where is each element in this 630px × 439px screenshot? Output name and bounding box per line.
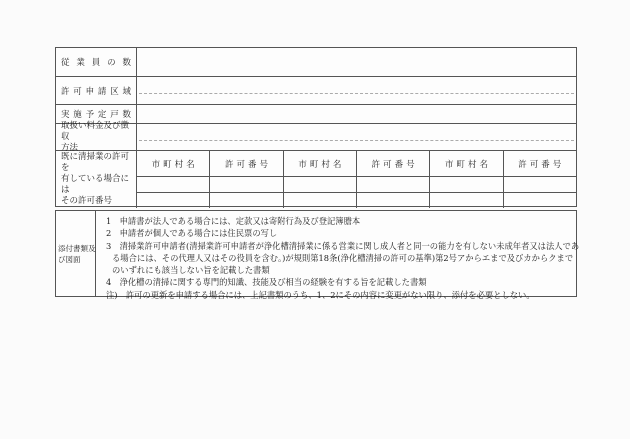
column-header-permit-number: 許可番号	[504, 151, 576, 176]
row-planned-households: 実施予定戸数	[56, 105, 576, 124]
row-fees-collection: 取扱い料金及び徴収 方法	[56, 124, 576, 151]
attachments-table: 添付書類及 び図面 1 申請書が法人である場合には、定款又は寄附行為及び登記簿謄…	[55, 210, 577, 297]
permit-entry-cell	[430, 177, 503, 192]
label-employee-count-text: 従業員の数	[61, 56, 131, 68]
column-header-permit-number: 許可番号	[210, 151, 283, 176]
fill-in-line	[139, 140, 574, 141]
permit-subtable: 市町村名 許可番号 市町村名 許可番号 市町村名 許可番号	[137, 151, 576, 208]
permit-entry-cell	[357, 177, 430, 192]
label-existing-permits: 既に清掃業の許可を 有している場合には その許可番号	[56, 151, 137, 208]
permit-entry-row	[137, 177, 576, 193]
fill-in-line	[139, 93, 574, 94]
attachment-item-2: 2 申請者が個人である場合には住民票の写し	[106, 227, 579, 239]
label-attachments-line2: び図面	[58, 254, 93, 265]
row-application-area: 許可申請区域	[56, 77, 576, 105]
label-planned-households-text: 実施予定戸数	[61, 108, 131, 120]
label-existing-permits-line1: 既に清掃業の許可を	[61, 152, 131, 174]
attachment-item-1: 1 申請書が法人である場合には、定款又は寄附行為及び登記簿謄本	[106, 215, 579, 227]
permit-entry-cell	[284, 177, 357, 192]
permit-entry-cell	[284, 193, 357, 208]
attachment-item-3-continued: のいずれにも該当しない旨を記載した書類	[106, 264, 579, 276]
permit-entry-cell	[504, 193, 576, 208]
column-header-permit-number: 許可番号	[357, 151, 430, 176]
permit-entry-cell	[210, 177, 283, 192]
attachments-text: 1 申請書が法人である場合には、定款又は寄附行為及び登記簿謄本 2 申請者が個人…	[96, 211, 583, 296]
attachment-item-3: 3 清掃業許可申請者(清掃業許可申請者が浄化槽清掃業に係る営業に関し成人者と同一…	[106, 240, 579, 252]
main-form-table: 従業員の数 許可申請区域 実施予定戸数 取扱い料金及び徴収 方法	[55, 47, 577, 207]
permit-header-row: 市町村名 許可番号 市町村名 許可番号 市町村名 許可番号	[137, 151, 576, 177]
permit-entry-cell	[357, 193, 430, 208]
column-header-municipality: 市町村名	[137, 151, 210, 176]
label-employee-count: 従業員の数	[56, 48, 137, 76]
attachment-item-4: 4 浄化槽の清掃に関する専門的知識、技能及び相当の経験を有する旨を記載した書類	[106, 276, 579, 288]
label-application-area-text: 許可申請区域	[61, 85, 131, 97]
permit-entry-cell	[430, 193, 503, 208]
label-attachments: 添付書類及 び図面	[56, 211, 96, 296]
permit-entry-cell	[504, 177, 576, 192]
label-fees-collection-line1: 取扱い料金及び徴収	[61, 121, 131, 143]
label-attachments-line1: 添付書類及	[58, 243, 93, 254]
row-attachments: 添付書類及 び図面 1 申請書が法人である場合には、定款又は寄附行為及び登記簿謄…	[56, 211, 576, 296]
column-header-municipality: 市町村名	[284, 151, 357, 176]
permit-entry-row	[137, 193, 576, 208]
column-header-municipality: 市町村名	[430, 151, 503, 176]
row-existing-permits: 既に清掃業の許可を 有している場合には その許可番号 市町村名 許可番号 市町村…	[56, 151, 576, 208]
attachment-item-3-continued: る場合には、その代理人又はその役員を含む。)が規則第18条(浄化槽清掃の許可の基…	[106, 252, 579, 264]
permit-entry-cell	[210, 193, 283, 208]
label-fees-collection: 取扱い料金及び徴収 方法	[56, 124, 137, 150]
field-planned-households	[137, 105, 576, 123]
field-application-area	[137, 77, 576, 104]
row-employee-count: 従業員の数	[56, 48, 576, 77]
permit-entry-cell	[137, 193, 210, 208]
scanned-form-page: 従業員の数 許可申請区域 実施予定戸数 取扱い料金及び徴収 方法	[0, 0, 630, 439]
label-existing-permits-line3: その許可番号	[61, 196, 131, 207]
label-application-area: 許可申請区域	[56, 77, 137, 104]
attachment-note: 注) 許可の更新を申請する場合には、上記書類のうち、1、2にその内容に変更がない…	[106, 289, 579, 301]
label-existing-permits-line2: 有している場合には	[61, 174, 131, 196]
field-fees-collection	[137, 124, 576, 150]
field-employee-count	[137, 48, 576, 76]
permit-entry-cell	[137, 177, 210, 192]
